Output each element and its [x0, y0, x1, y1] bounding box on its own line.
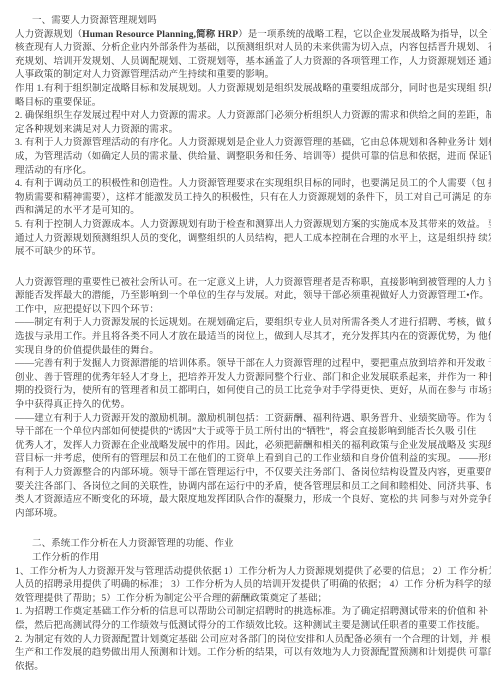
text-line: ——建立有利于人力资源开发的激励机制。激励机制包括：工资薪酬、福利待遇、职务晋升… [15, 413, 491, 427]
text-line: 有利于人力资源整合的内部环境。领导干部在管理运行中，不仅要关注务部门、备岗位结构… [15, 467, 491, 481]
text-line: 优秀人才，发挥人力资源在企业战略发展中的作用。因此，必须把薪酬和相关的福利政策与… [15, 440, 491, 454]
blank-line [15, 260, 491, 277]
text-line: 充规划、培训开发规划、人员调配规划、工资规划等，基本涵盖了人力资源的各项管理工作… [15, 56, 491, 70]
text-line: 效管理提供了帮助；5）工作分析为制定公平合理的薪酬政策奠定了基础； [15, 593, 491, 607]
text-line: 3. 有利于人力资源管理活动的有序化。人力资源规划是企业人力资源管理的基础，它由… [15, 137, 491, 151]
text-line: 核查现有人力资源、分析企业内外部条件为基础，以预测组织对人员的未来供需为切入点，… [15, 42, 491, 56]
text-segment: ）是一项系统的战略工程，它以企业发展战略为指导，以全 面 [238, 30, 491, 40]
subsection-heading: 工作分析的作用 [15, 552, 491, 566]
text-line: 依据。 [15, 661, 491, 675]
text-line: 要关注各部门、各岗位之间的关联性，协调内部在运行中的矛盾，使各管理层和员工之间和… [15, 481, 491, 495]
text-line: 成，为管理活动（如确定人员的需求量、供给量、调整职务和任务、培训等）提供可靠的信… [15, 151, 491, 165]
blank-line [15, 521, 491, 538]
text-line: 人力资源规划（Human Resource Planning,简称 HRP）是一… [15, 29, 491, 43]
text-line: 生产和工作发展的趋势做出用人预测和计划。工作分析的结果，可以有效地为人力资源配置… [15, 647, 491, 661]
text-line: 选拔与录用工作。并且将各类不同人才放在最适当的岗位上，做到人尽其才，充分发挥其内… [15, 331, 491, 345]
text-line: 作用 1.有利于组织制定战略目标和发展规划。人力资源规划是组织发展战略的重要组成… [15, 83, 491, 97]
text-line: 争中获得真正持久的优势。 [15, 399, 491, 413]
text-line: 定各种规划来满足对人力资源的需求。 [15, 124, 491, 138]
section-2-heading: 二、系统工作分析在人力资源管理的功能、作业 [15, 538, 491, 552]
text-segment-bold-hrp: Human Resource Planning,简称 HRP [82, 30, 238, 40]
text-segment: 人力资源规划（ [15, 30, 82, 40]
document-page: 一、需要人力资源管理规划吗 人力资源规划（Human Resource Plan… [0, 0, 503, 682]
text-line: 工作中，应把提好以下四个环节： [15, 304, 491, 318]
text-line: 人力资源管理的重要性已被社会所认可。在一定意义上讲，人力资源管理者是否称职，直接… [15, 277, 491, 291]
text-line: 偿，然后把高测试得分的工作绩效与低测试得分的工作绩效比较。这种测试主要是测试任职… [15, 620, 491, 634]
text-line: 理活动的有序化。 [15, 165, 491, 179]
section-1-heading: 一、需要人力资源管理规划吗 [15, 15, 491, 29]
text-line: 营目标一并考虑，使所有的管理层和员工在他们的工资单上看到自己的工作业绩和自身价值… [15, 453, 491, 467]
text-line: 略目标的重要保证。 [15, 97, 491, 111]
text-line: 人员的招聘录用提供了明确的标准； 3）工作分析为人员的培训开发提供了明确的依据；… [15, 579, 491, 593]
text-line: 西和满足的水平才是可知的。 [15, 205, 491, 219]
text-line: 5. 有利于控制人力资源成本。人力资源规划有助于检查和测算出人力资源规划方案的实… [15, 219, 491, 233]
text-line: 实现自身的价值提供最佳的舞台。 [15, 345, 491, 359]
text-line: 通过人力资源规划预测组织人员的变化，调整组织的人员结构，把人工成本控制在合理的水… [15, 233, 491, 247]
text-line: 2. 确保组织生存发展过程中对人力资源的需求。人力资源部门必须分析组织人力资源的… [15, 110, 491, 124]
text-line: 2. 为制定有效的人力资源配置计划奠定基础 公司应对各部门的岗位安排和人员配备必… [15, 634, 491, 648]
text-line: 人事政策的制定对人力资源管理活动产生持续和重要的影响。 [15, 69, 491, 83]
text-line: 4. 有利于调动员工的积极性和创造性。人力资源管理要求在实现组织目标的同时，也要… [15, 178, 491, 192]
text-line: ——制定有利于人力资源发展的长远规划。在规划确定后，要组织专业人员对所需各类人才… [15, 317, 491, 331]
text-line: 源能否发挥最大的潜能，乃至影响到一个单位的生存与发展。对此，领导干部必须重视做好… [15, 290, 491, 304]
text-line: 类人才资源适应不断变化的环境，最大限度地发挥团队合作的凝聚力，形成一个良好、宽松… [15, 494, 491, 508]
text-line: 1. 为招聘工作奠定基础工作分析的信息可以帮助公司制定招聘时的挑选标准。为了确定… [15, 606, 491, 620]
text-line: 期的投资行为，使所有的管理者和员工都明白，如何使自己的员工比竞争对手学得更快、更… [15, 385, 491, 399]
text-line: 展不可缺少的环节。 [15, 246, 491, 260]
text-line: 物质需要和精神需要），这样才能激发员工持久的积极性，只有在人力资源规划的条件下，… [15, 192, 491, 206]
text-line: ——完善有利于发掘人力资源潜能的培训体系。领导干部在人力资源管理的过程中，要把重… [15, 358, 491, 372]
text-line: 导干部在一个单位内部如何使提供的“诱因”大于或等于员工所付出的“牺牲”，将会直接… [15, 426, 491, 440]
text-line: 内部环境。 [15, 508, 491, 522]
text-line: 1、工作分析为人力资源开发与管理活动提供依据 1）工作分析为人力资源规划提供了必… [15, 566, 491, 580]
text-line: 创业、善于管理的优秀年轻人才身上，把培养开发人力资源同整个行业、部门和企业发展联… [15, 372, 491, 386]
